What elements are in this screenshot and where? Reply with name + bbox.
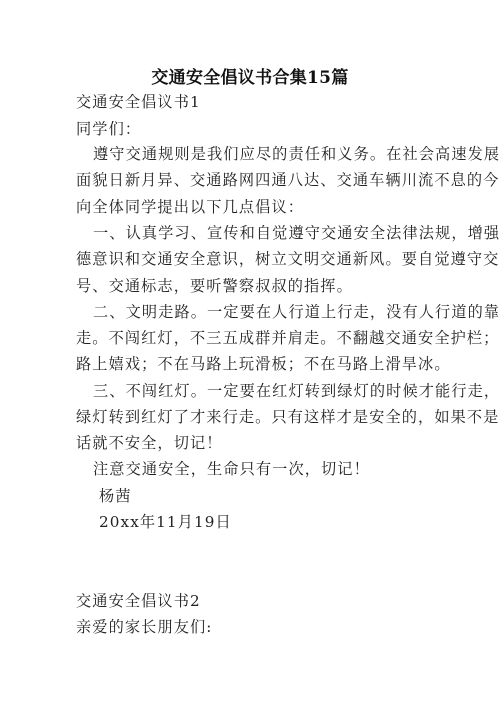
closing-line: 注意交通安全，生命只有一次，切记！ [93, 459, 443, 479]
paragraph-line: 二、文明走路。一定要在人行道上行走，没有人行道的靠右边行 [93, 302, 443, 322]
paragraph-line: 遵守交通规则是我们应尽的责任和义务。在社会高速发展、交通 [93, 144, 443, 164]
section-heading: 交通安全倡议书1 [76, 92, 426, 112]
date: 20xx年11月19日 [99, 512, 449, 532]
paragraph-line: 一、认真学习、宣传和自觉遵守交通安全法律法规，增强社会公 [93, 223, 443, 243]
document-title: 交通安全倡议书合集15篇 [0, 63, 500, 88]
signature: 杨茜 [99, 486, 449, 506]
paragraph-line: 话就不安全，切记！ [76, 433, 426, 453]
paragraph-line: 号、交通标志，要听警察叔叔的指挥。 [76, 276, 426, 296]
paragraph-line: 三、不闯红灯。一定要在红灯转到绿灯的时候才能行走，不要在 [93, 381, 443, 401]
salutation: 同学们： [76, 119, 426, 139]
paragraph-line: 面貌日新月异、交通路网四通八达、交通车辆川流不息的今天，我 [76, 170, 426, 190]
paragraph-line: 向全体同学提出以下几点倡议： [76, 197, 426, 217]
salutation: 亲爱的家长朋友们: [76, 617, 426, 637]
paragraph-line: 走。不闯红灯，不三五成群并肩走。不翻越交通安全护栏；不在马 [76, 328, 426, 348]
section-heading: 交通安全倡议书2 [76, 591, 426, 611]
document-page: 交通安全倡议书合集15篇 交通安全倡议书1 同学们： 遵守交通规则是我们应尽的责… [0, 0, 500, 707]
paragraph-line: 德意识和交通安全意识，树立文明交通新风。要自觉遵守交通信 [76, 249, 426, 269]
paragraph-line: 路上嬉戏；不在马路上玩滑板；不在马路上滑旱冰。 [76, 354, 426, 374]
paragraph-line: 绿灯转到红灯了才来行走。只有这样才是安全的，如果不是这样的 [76, 407, 426, 427]
